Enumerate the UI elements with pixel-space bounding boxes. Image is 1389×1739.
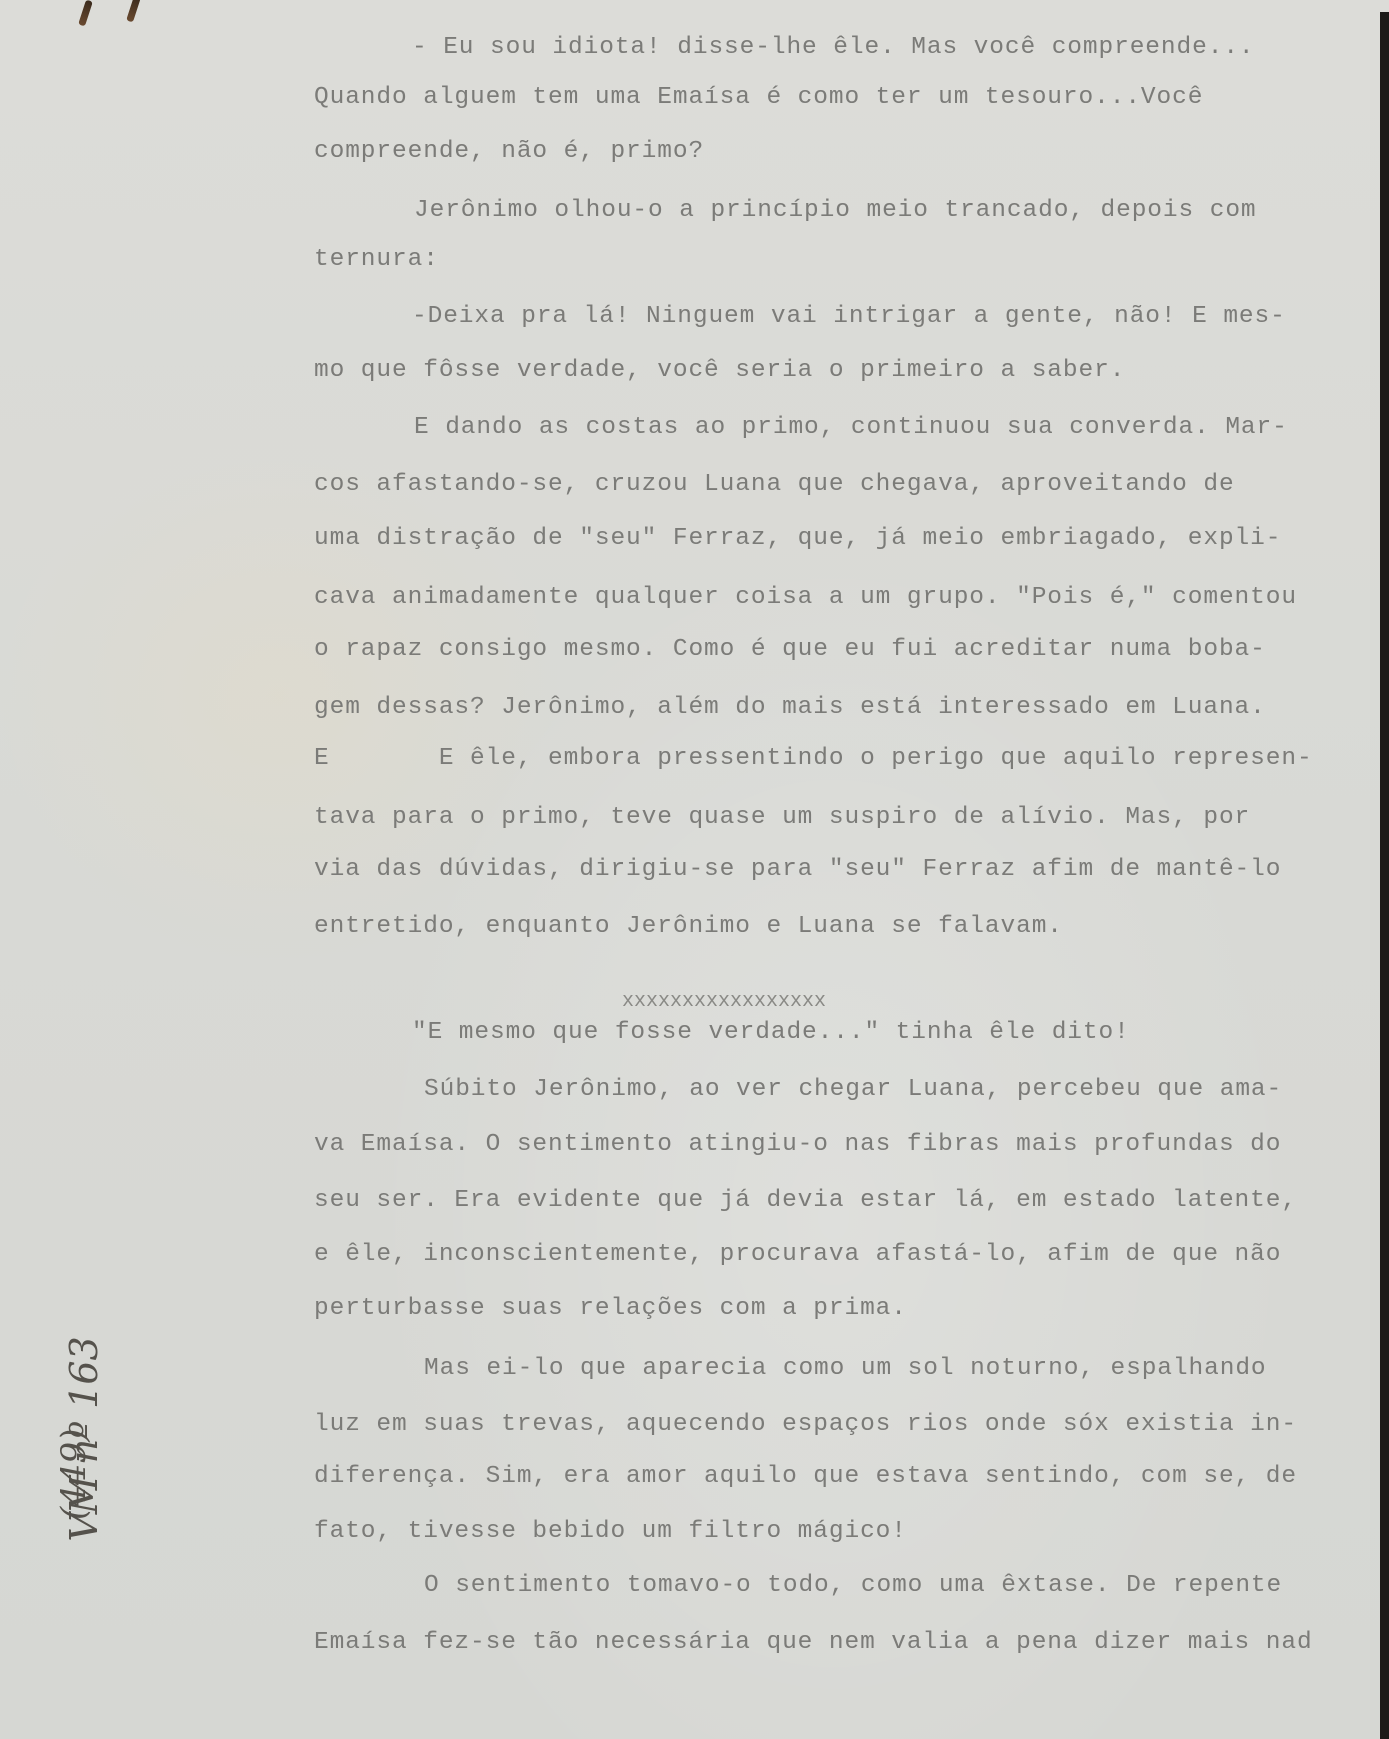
page-edge-shadow [1380, 12, 1389, 1739]
text-line: E dando as costas ao primo, continuou su… [414, 416, 1288, 441]
text-line: entretido, enquanto Jerônimo e Luana se … [314, 915, 1063, 940]
text-line: cava animadamente qualquer coisa a um gr… [314, 586, 1297, 611]
text-line: O sentimento tomavo-o todo, como uma êxt… [424, 1574, 1282, 1599]
text-line: Súbito Jerônimo, ao ver chegar Luana, pe… [424, 1078, 1282, 1103]
typed-text-block: - Eu sou idiota! disse-lhe êle. Mas você… [0, 0, 1389, 1739]
text-line: Emaísa fez-se tão necessária que nem val… [314, 1631, 1313, 1656]
text-line: va Emaísa. O sentimento atingiu-o nas fi… [314, 1133, 1281, 1158]
text-line: luz em suas trevas, aquecendo espaços ri… [314, 1413, 1297, 1438]
text-line: - Eu sou idiota! disse-lhe êle. Mas você… [412, 36, 1255, 61]
annotation-sub: (449) [54, 1429, 94, 1520]
text-line: Jerônimo olhou-o a princípio meio tranca… [414, 199, 1257, 224]
text-line: o rapaz consigo mesmo. Como é que eu fui… [314, 638, 1266, 663]
text-line: gem dessas? Jerônimo, além do mais está … [314, 696, 1266, 721]
text-line: cos afastando-se, cruzou Luana que chega… [314, 473, 1235, 498]
text-line: e êle, inconscientemente, procurava afas… [314, 1243, 1281, 1268]
text-line: seu ser. Era evidente que já devia estar… [314, 1189, 1297, 1214]
text-line: -Deixa pra lá! Ninguem vai intrigar a ge… [412, 305, 1286, 330]
text-line: perturbasse suas relações com a prima. [314, 1297, 907, 1322]
text-line: Quando alguem tem uma Emaísa é como ter … [314, 86, 1203, 111]
text-line: diferença. Sim, era amor aquilo que esta… [314, 1465, 1297, 1490]
text-line: fato, tivesse bebido um filtro mágico! [314, 1520, 907, 1545]
text-line: ternura: [314, 248, 439, 273]
text-line: "E mesmo que fosse verdade..." tinha êle… [412, 1021, 1130, 1046]
text-line: mo que fôsse verdade, você seria o prime… [314, 359, 1125, 384]
text-line: via das dúvidas, dirigiu-se para "seu" F… [314, 858, 1281, 883]
handwritten-margin-annotation: VM nº 163 (449) [18, 1350, 78, 1590]
text-line: compreende, não é, primo? [314, 140, 704, 165]
section-separator: xxxxxxxxxxxxxxxxx [622, 990, 826, 1013]
text-line: uma distração de "seu" Ferraz, que, já m… [314, 527, 1281, 552]
text-line: Mas ei-lo que aparecia como um sol notur… [424, 1357, 1267, 1382]
text-line: E E êle, embora pressentindo o perigo qu… [314, 747, 1313, 772]
text-line: tava para o primo, teve quase um suspiro… [314, 806, 1250, 831]
manuscript-page: - Eu sou idiota! disse-lhe êle. Mas você… [0, 0, 1389, 1739]
